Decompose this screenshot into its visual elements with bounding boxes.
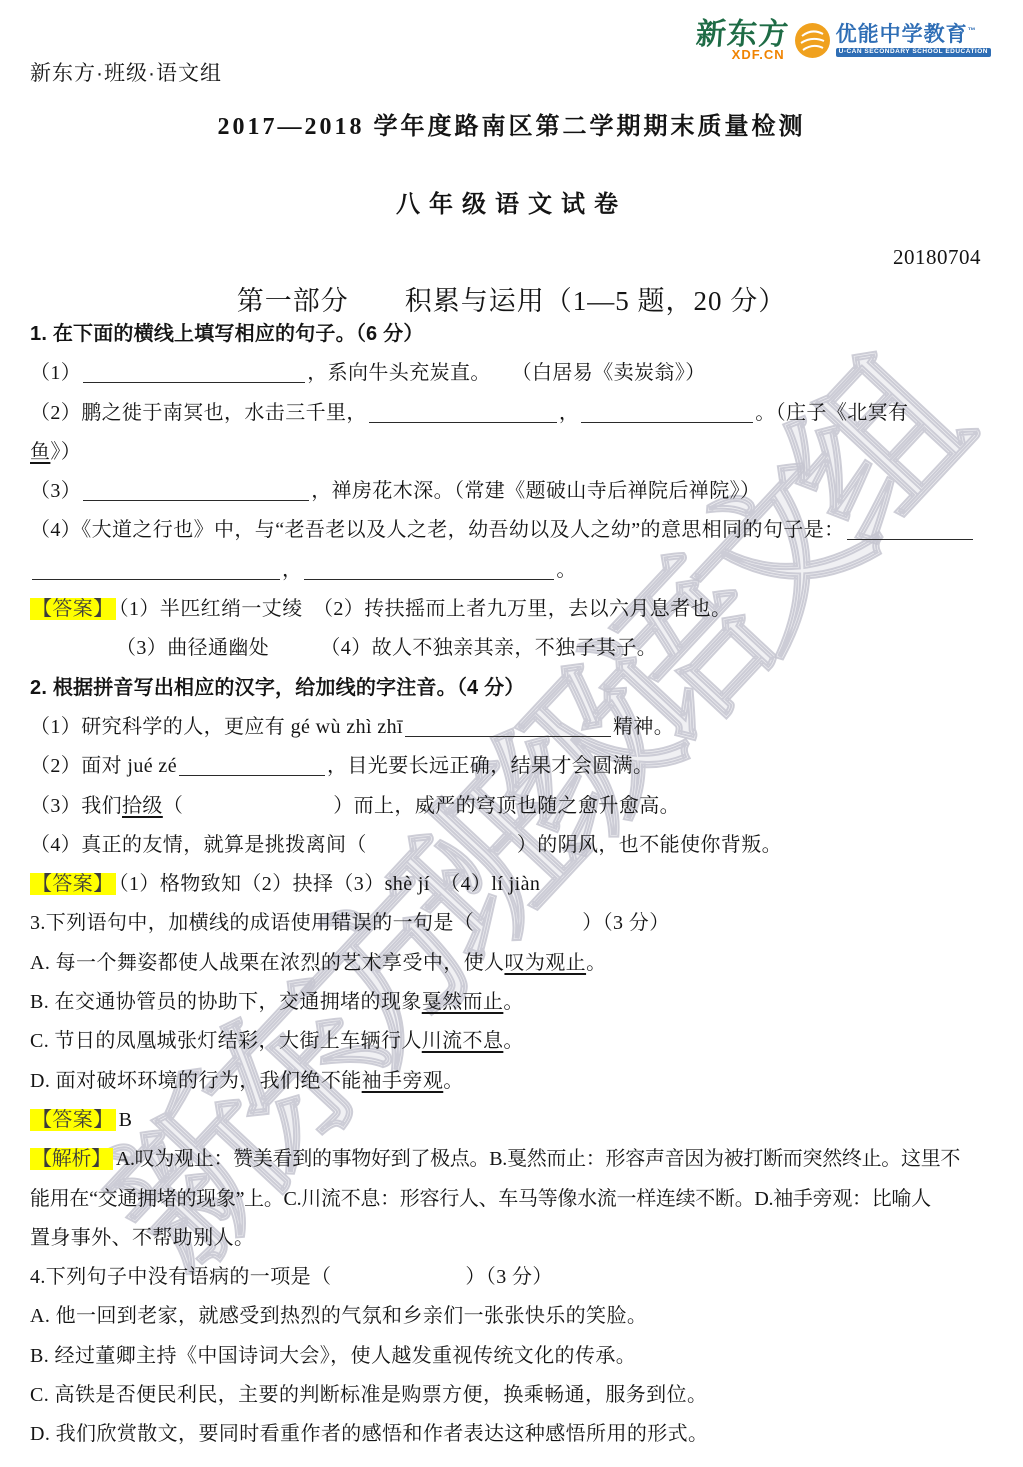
blank-underline bbox=[369, 403, 557, 423]
exam-line: D. 面对破坏环境的行为，我们绝不能袖手旁观。 bbox=[30, 1062, 995, 1101]
text-run: ）而上，威严的穹顶也随之愈升愈高。 bbox=[333, 795, 680, 817]
text-run: 能用在“交通拥堵的现象”上。C.川流不息：形容行人、车马等像水流一样连续不断。D… bbox=[30, 1188, 931, 1210]
text-run: B. 在交通协管员的协助下，交通拥堵的现象 bbox=[30, 991, 422, 1013]
exam-date: 20180704 bbox=[893, 245, 981, 270]
answer-tag: 【答案】 bbox=[30, 873, 116, 895]
text-run: 4.下列句子中没有语病的一项是（ bbox=[30, 1266, 331, 1288]
exam-line: ，。 bbox=[30, 551, 995, 590]
underlined-phrase: 叹为观止 bbox=[504, 952, 586, 974]
exam-line: （1），系向牛头充炭直。 （白居易《卖炭翁》） bbox=[30, 354, 995, 393]
text-run: D. 面对破坏环境的行为，我们绝不能 bbox=[30, 1070, 362, 1092]
underlined-phrase: 鱼 bbox=[30, 441, 50, 463]
blank-underline bbox=[581, 403, 753, 423]
text-run: （4）真正的友情，就算是挑拨离间（ bbox=[30, 834, 367, 856]
text-run: D. 我们欣赏散文，要同时看重作者的感悟和作者表达这种感悟所用的形式。 bbox=[30, 1423, 708, 1445]
exam-line: A. 每一个舞姿都使人战栗在浓烈的艺术享受中，使人叹为观止。 bbox=[30, 944, 995, 983]
exam-paper-page: 新东方班级语文组 新东方·班级·语文组 新东方 XDF.CN 优能中学教育™ U… bbox=[0, 0, 1023, 1467]
text-run: 。 bbox=[503, 1030, 523, 1052]
underlined-phrase: 川流不息 bbox=[422, 1030, 504, 1052]
text-run: ）（3 分） bbox=[582, 912, 669, 934]
blank-underline bbox=[179, 756, 325, 776]
exam-line: （4）真正的友情，就算是挑拨离间（）的阴风，也不能使你背叛。 bbox=[30, 826, 995, 865]
text-run: ，目光要长远正确，结果才会圆满。 bbox=[327, 755, 653, 777]
text-run: A. 他一回到老家，就感受到热烈的气氛和乡亲们一张张快乐的笑脸。 bbox=[30, 1305, 647, 1327]
answer-tag: 【答案】 bbox=[30, 598, 116, 620]
xdf-logo: 新东方 XDF.CN 优能中学教育™ U-CAN SECONDARY SCHOO… bbox=[696, 20, 991, 61]
text-run: （1）研究科学的人，更应有 gé wù zhì zhī bbox=[30, 716, 403, 738]
text-run: A. 每一个舞姿都使人战栗在浓烈的艺术享受中，使人 bbox=[30, 952, 504, 974]
text-run: ）（3 分） bbox=[465, 1266, 552, 1288]
exam-line: C. 高铁是否便民利民，主要的判断标准是购票方便，换乘畅通，服务到位。 bbox=[30, 1376, 995, 1415]
exam-line: （2）鹏之徙于南冥也，水击三千里，，。（庄子《北冥有 bbox=[30, 394, 995, 433]
exam-body: 1. 在下面的横线上填写相应的句子。（6 分）（1），系向牛头充炭直。 （白居易… bbox=[30, 315, 995, 1455]
section-heading: 第一部分 积累与运用（1—5 题，20 分） bbox=[0, 279, 1023, 318]
text-run: （1）半匹红绡一丈绫 （2）抟扶摇而上者九万里，去以六月息者也。 bbox=[119, 598, 732, 620]
exam-line: 鱼》） bbox=[30, 433, 995, 472]
ucan-sub-brand: 优能中学教育™ U-CAN SECONDARY SCHOOL EDUCATION bbox=[836, 24, 991, 57]
text-run: ， bbox=[282, 559, 302, 581]
paren-gap bbox=[474, 928, 582, 929]
text-run: （3）我们 bbox=[30, 795, 122, 817]
paren-gap bbox=[367, 850, 517, 851]
text-run: 。 bbox=[503, 991, 523, 1013]
exam-line: （3）我们拾级（）而上，威严的穹顶也随之愈升愈高。 bbox=[30, 787, 995, 826]
text-run: ，系向牛头充炭直。 （白居易《卖炭翁》） bbox=[307, 362, 705, 384]
text-run: （2）面对 jué zé bbox=[30, 755, 177, 777]
text-run: （1）格物致知（2）抉择（3）shè jí （4）lí jiàn bbox=[119, 873, 541, 895]
text-run: （ bbox=[163, 795, 183, 817]
text-run: （3） bbox=[30, 480, 81, 502]
exam-line: 置身事外、不帮助别人。 bbox=[30, 1219, 995, 1258]
exam-line: 【答案】（1）半匹红绡一丈绫 （2）抟扶摇而上者九万里，去以六月息者也。 bbox=[30, 590, 995, 629]
text-run: 。 bbox=[586, 952, 606, 974]
text-run: B bbox=[119, 1109, 133, 1131]
text-run: （1） bbox=[30, 362, 81, 384]
blank-underline bbox=[83, 481, 309, 501]
text-run: ）的阴风，也不能使你背叛。 bbox=[517, 834, 782, 856]
text-run: 精神。 bbox=[613, 716, 674, 738]
blank-underline bbox=[847, 520, 973, 540]
text-run: （2）鹏之徙于南冥也，水击三千里， bbox=[30, 402, 367, 424]
paren-gap bbox=[331, 1282, 465, 1283]
blank-underline bbox=[405, 717, 611, 737]
exam-line: B. 在交通协管员的协助下，交通拥堵的现象戛然而止。 bbox=[30, 983, 995, 1022]
exam-line: 【解析】A.叹为观止：赞美看到的事物好到了极点。B.戛然而止：形容声音因为被打断… bbox=[30, 1140, 995, 1179]
text-run: C. 高铁是否便民利民，主要的判断标准是购票方便，换乘畅通，服务到位。 bbox=[30, 1384, 707, 1406]
trademark-mark: ™ bbox=[968, 26, 977, 35]
exam-line: 能用在“交通拥堵的现象”上。C.川流不息：形容行人、车马等像水流一样连续不断。D… bbox=[30, 1180, 995, 1219]
exam-line: A. 他一回到老家，就感受到热烈的气氛和乡亲们一张张快乐的笑脸。 bbox=[30, 1297, 995, 1336]
text-run: C. 节日的凤凰城张灯结彩，大街上车辆行人 bbox=[30, 1030, 422, 1052]
blank-underline bbox=[32, 560, 280, 580]
text-run: A.叹为观止：赞美看到的事物好到了极点。B.戛然而止：形容声音因为被打断而突然终… bbox=[116, 1148, 960, 1170]
underlined-phrase: 袖手旁观 bbox=[362, 1070, 444, 1092]
exam-line: B. 经过董卿主持《中国诗词大会》，使人越发重视传统文化的传承。 bbox=[30, 1337, 995, 1376]
ucan-text-cn: 优能中学教育 bbox=[836, 23, 968, 46]
blank-underline bbox=[83, 363, 305, 383]
text-run: （4）《大道之行也》中，与“老吾老以及人之老，幼吾幼以及人之幼”的意思相同的句子… bbox=[30, 519, 845, 541]
exam-line: 2. 根据拼音写出相应的汉字，给加线的字注音。（4 分） bbox=[30, 669, 995, 708]
exam-line: 3.下列语句中，加横线的成语使用错误的一句是（）（3 分） bbox=[30, 904, 995, 943]
brand-header-text: 新东方·班级·语文组 bbox=[30, 57, 222, 87]
xdf-logo-wordmark: 新东方 XDF.CN bbox=[696, 20, 789, 61]
exam-line: C. 节日的凤凰城张灯结彩，大街上车辆行人川流不息。 bbox=[30, 1022, 995, 1061]
text-run: 2. 根据拼音写出相应的汉字，给加线的字注音。（4 分） bbox=[30, 677, 525, 699]
exam-line: 【答案】B bbox=[30, 1101, 995, 1140]
underlined-phrase: 拾级 bbox=[122, 795, 163, 817]
exam-subtitle: 八年级语文试卷 bbox=[0, 184, 1023, 219]
text-run: 1. 在下面的横线上填写相应的句子。（6 分） bbox=[30, 323, 424, 345]
exam-line: （2）面对 jué zé，目光要长远正确，结果才会圆满。 bbox=[30, 747, 995, 786]
xdf-badge-icon bbox=[794, 22, 831, 59]
answer-tag: 【答案】 bbox=[30, 1109, 116, 1131]
analysis-tag: 【解析】 bbox=[30, 1148, 113, 1170]
exam-line: 1. 在下面的横线上填写相应的句子。（6 分） bbox=[30, 315, 995, 354]
exam-line: D. 我们欣赏散文，要同时看重作者的感悟和作者表达这种感悟所用的形式。 bbox=[30, 1415, 995, 1454]
text-run: ， bbox=[559, 402, 579, 424]
exam-line: （3）曲径通幽处 （4）故人不独亲其亲，不独子其子。 bbox=[30, 629, 995, 668]
exam-line: （3），禅房花木深。（常建《题破山寺后禅院后禅院》） bbox=[30, 472, 995, 511]
text-run: 3.下列语句中，加横线的成语使用错误的一句是（ bbox=[30, 912, 474, 934]
xdf-logo-cn-text: 新东方 bbox=[695, 20, 790, 50]
ucan-sub-brand-en-bar: U-CAN SECONDARY SCHOOL EDUCATION bbox=[836, 48, 991, 57]
exam-line: 4.下列句子中没有语病的一项是（）（3 分） bbox=[30, 1258, 995, 1297]
ucan-sub-brand-text: 优能中学教育™ bbox=[836, 24, 977, 46]
exam-title: 2017—2018 学年度路南区第二学期期末质量检测 bbox=[0, 106, 1023, 141]
exam-line: 【答案】（1）格物致知（2）抉择（3）shè jí （4）lí jiàn bbox=[30, 865, 995, 904]
text-run: 置身事外、不帮助别人。 bbox=[30, 1227, 254, 1249]
text-run: ，禅房花木深。（常建《题破山寺后禅院后禅院》） bbox=[311, 480, 760, 502]
text-run: （3）曲径通幽处 （4）故人不独亲其亲，不独子其子。 bbox=[116, 637, 657, 659]
text-run: 。（庄子《北冥有 bbox=[755, 402, 908, 424]
text-run: 》） bbox=[50, 441, 81, 463]
underlined-phrase: 戛然而止 bbox=[422, 991, 504, 1013]
text-run: 。 bbox=[443, 1070, 463, 1092]
exam-line: （4）《大道之行也》中，与“老吾老以及人之老，幼吾幼以及人之幼”的意思相同的句子… bbox=[30, 511, 995, 550]
paren-gap bbox=[183, 811, 333, 812]
exam-line: （1）研究科学的人，更应有 gé wù zhì zhī精神。 bbox=[30, 708, 995, 747]
text-run: 。 bbox=[556, 559, 576, 581]
text-run: B. 经过董卿主持《中国诗词大会》，使人越发重视传统文化的传承。 bbox=[30, 1345, 636, 1367]
blank-underline bbox=[304, 560, 554, 580]
